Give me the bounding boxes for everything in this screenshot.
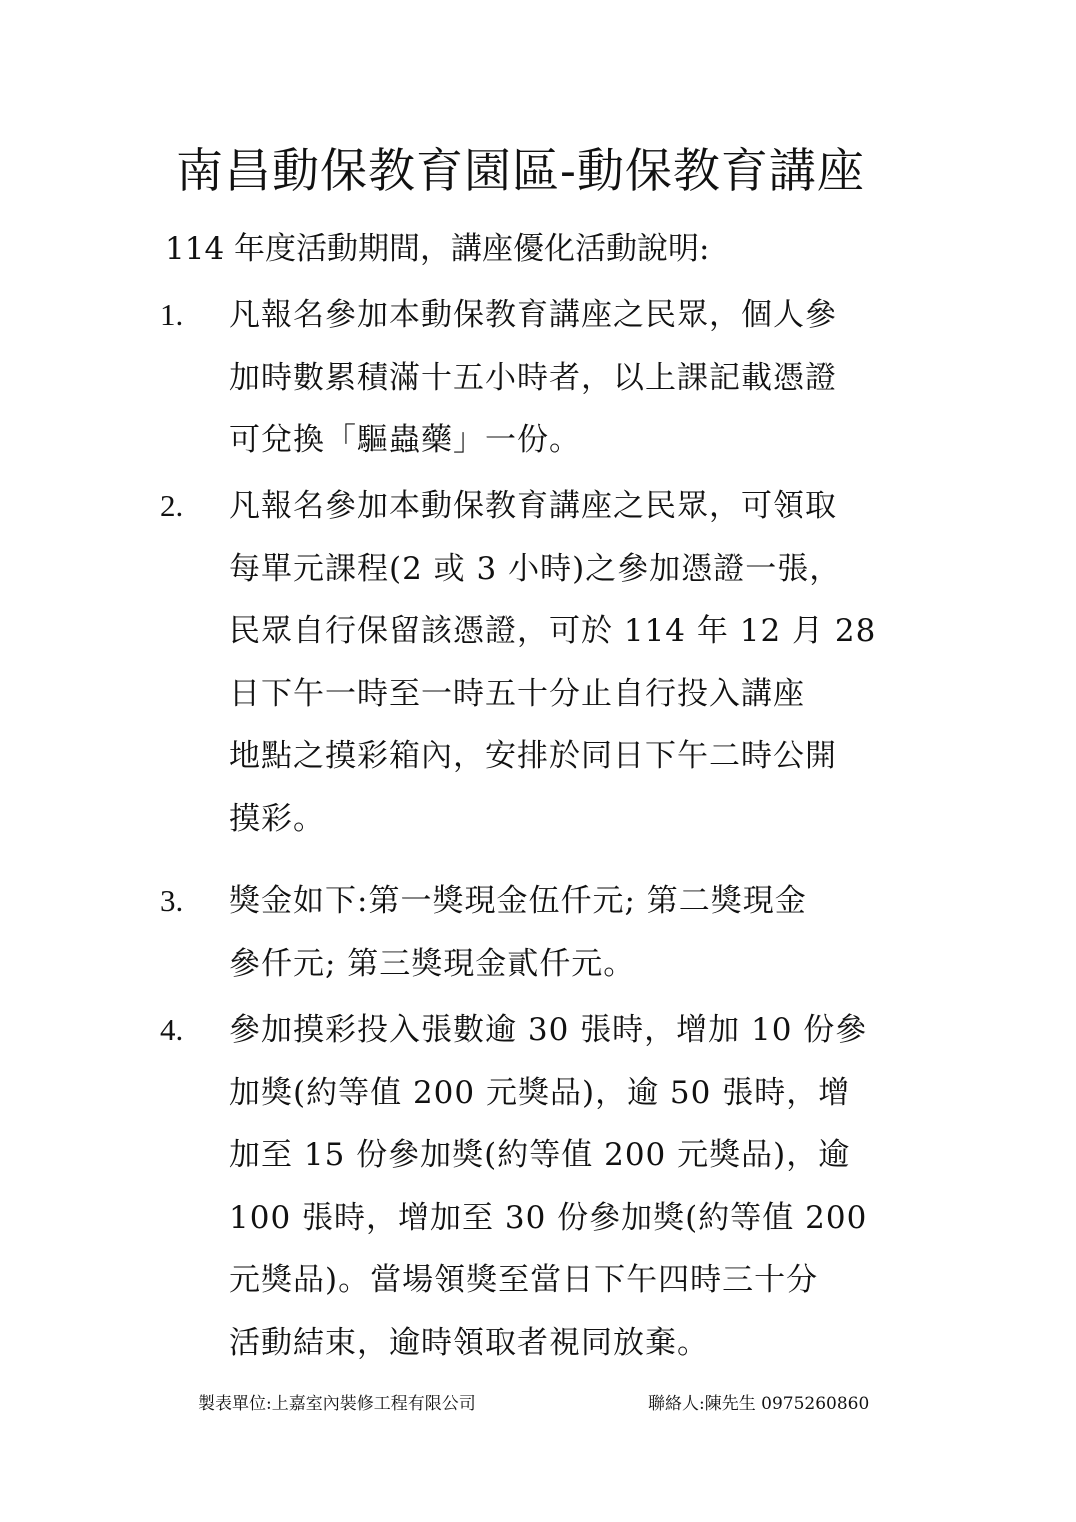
document-title: 南昌動保教育園區-動保教育講座 (176, 142, 916, 202)
list-item-line: 獎金如下:第一獎現金伍仟元; 第二獎現金 (229, 870, 807, 933)
list-item-line: 元獎品)。當場領獎至當日下午四時三十分 (229, 1249, 867, 1312)
list-item-number: 3. (160, 870, 220, 932)
footer-contact: 聯絡人:陳先生 0975260860 (648, 1390, 869, 1418)
list-item-line: 凡報名參加本動保教育講座之民眾，個人參 (229, 284, 837, 347)
list-item-line: 民眾自行保留該憑證，可於 114 年 12 月 28 (229, 600, 876, 663)
list-item-line: 100 張時，增加至 30 份參加獎(約等值 200 (229, 1187, 867, 1250)
list-item-line: 凡報名參加本動保教育講座之民眾，可領取 (229, 475, 876, 538)
list-item-line: 摸彩。 (229, 788, 876, 851)
list-item-line: 活動結束，逾時領取者視同放棄。 (229, 1312, 867, 1375)
list-item-line: 加至 15 份參加獎(約等值 200 元獎品)，逾 (229, 1124, 867, 1187)
list-item-number: 1. (160, 284, 220, 346)
list-item-line: 每單元課程(2 或 3 小時)之參加憑證一張， (229, 538, 876, 601)
list-item-number: 4. (160, 999, 220, 1061)
list-item-line: 日下午一時至一時五十分止自行投入講座 (229, 663, 876, 726)
list-item-line: 地點之摸彩箱內，安排於同日下午二時公開 (229, 725, 876, 788)
list-item-line: 參加摸彩投入張數逾 30 張時，增加 10 份參 (229, 999, 867, 1062)
list-item-line: 加獎(約等值 200 元獎品)，逾 50 張時，增 (229, 1062, 867, 1125)
list-item-number: 2. (160, 475, 220, 537)
list-item-line: 加時數累積滿十五小時者，以上課記載憑證 (229, 347, 837, 410)
list-item-line: 參仟元; 第三獎現金貳仟元。 (229, 933, 807, 996)
footer-producer: 製表單位:上嘉室內裝修工程有限公司 (198, 1390, 476, 1418)
list-item-line: 可兌換「驅蟲藥」一份。 (229, 409, 837, 472)
intro-text: 114 年度活動期間，講座優化活動說明: (165, 226, 709, 272)
